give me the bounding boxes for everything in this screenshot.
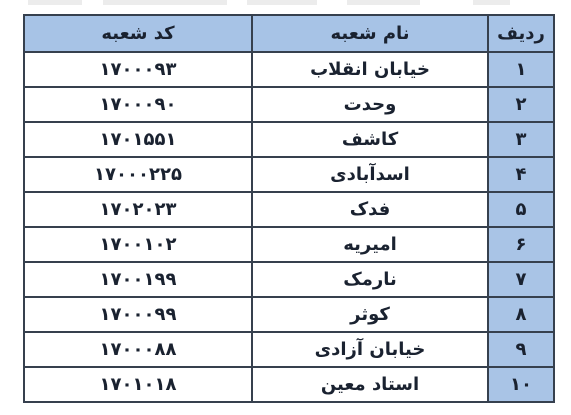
branch-name-cell: کوثر <box>252 297 488 332</box>
branch-name-cell: اسدآبادی <box>252 157 488 192</box>
branch-name-cell: کاشف <box>252 122 488 157</box>
branch-code-cell: ۱۷۰۰۰۹۹ <box>24 297 252 332</box>
row-number-cell: ۵ <box>488 192 554 227</box>
table-row: ۱۰ استاد معین ۱۷۰۱۰۱۸ <box>24 367 554 402</box>
column-header-row-number: ردیف <box>488 15 554 52</box>
branch-code-cell: ۱۷۰۰۰۲۲۵ <box>24 157 252 192</box>
table-row: ۶ امیریه ۱۷۰۰۱۰۲ <box>24 227 554 262</box>
column-header-branch-name: نام شعبه <box>252 15 488 52</box>
table-row: ۲ وحدت ۱۷۰۰۰۹۰ <box>24 87 554 122</box>
row-number-cell: ۴ <box>488 157 554 192</box>
branch-code-cell: ۱۷۰۲۰۲۳ <box>24 192 252 227</box>
table-body: ۱ خیابان انقلاب ۱۷۰۰۰۹۳ ۲ وحدت ۱۷۰۰۰۹۰ ۳… <box>24 52 554 402</box>
table-row: ۴ اسدآبادی ۱۷۰۰۰۲۲۵ <box>24 157 554 192</box>
top-edge-artifact <box>28 0 82 5</box>
branch-code-cell: ۱۷۰۰۱۰۲ <box>24 227 252 262</box>
row-number-cell: ۱ <box>488 52 554 87</box>
branch-name-cell: نارمک <box>252 262 488 297</box>
branch-table: ردیف نام شعبه کد شعبه ۱ خیابان انقلاب ۱۷… <box>23 14 555 403</box>
branch-table-container: ردیف نام شعبه کد شعبه ۱ خیابان انقلاب ۱۷… <box>23 14 555 403</box>
page: { "page": { "background": "#FFFFFF" }, "… <box>0 0 571 415</box>
row-number-cell: ۳ <box>488 122 554 157</box>
branch-name-cell: وحدت <box>252 87 488 122</box>
branch-name-cell: استاد معین <box>252 367 488 402</box>
table-header: ردیف نام شعبه کد شعبه <box>24 15 554 52</box>
table-header-row: ردیف نام شعبه کد شعبه <box>24 15 554 52</box>
branch-code-cell: ۱۷۰۱۵۵۱ <box>24 122 252 157</box>
branch-code-cell: ۱۷۰۰۱۹۹ <box>24 262 252 297</box>
top-edge-artifact <box>103 0 227 5</box>
row-number-cell: ۸ <box>488 297 554 332</box>
top-edge-artifact <box>347 0 420 5</box>
branch-code-cell: ۱۷۰۰۰۹۳ <box>24 52 252 87</box>
table-row: ۱ خیابان انقلاب ۱۷۰۰۰۹۳ <box>24 52 554 87</box>
branch-code-cell: ۱۷۰۰۰۹۰ <box>24 87 252 122</box>
table-row: ۸ کوثر ۱۷۰۰۰۹۹ <box>24 297 554 332</box>
table-row: ۷ نارمک ۱۷۰۰۱۹۹ <box>24 262 554 297</box>
row-number-cell: ۹ <box>488 332 554 367</box>
branch-name-cell: خیابان انقلاب <box>252 52 488 87</box>
table-row: ۹ خیابان آزادی ۱۷۰۰۰۸۸ <box>24 332 554 367</box>
branch-code-cell: ۱۷۰۱۰۱۸ <box>24 367 252 402</box>
row-number-cell: ۷ <box>488 262 554 297</box>
table-row: ۵ فدک ۱۷۰۲۰۲۳ <box>24 192 554 227</box>
top-edge-artifact <box>247 0 317 5</box>
branch-name-cell: خیابان آزادی <box>252 332 488 367</box>
top-edge-artifact <box>473 0 510 5</box>
row-number-cell: ۶ <box>488 227 554 262</box>
branch-code-cell: ۱۷۰۰۰۸۸ <box>24 332 252 367</box>
column-header-branch-code: کد شعبه <box>24 15 252 52</box>
branch-name-cell: فدک <box>252 192 488 227</box>
branch-name-cell: امیریه <box>252 227 488 262</box>
row-number-cell: ۱۰ <box>488 367 554 402</box>
table-row: ۳ کاشف ۱۷۰۱۵۵۱ <box>24 122 554 157</box>
row-number-cell: ۲ <box>488 87 554 122</box>
